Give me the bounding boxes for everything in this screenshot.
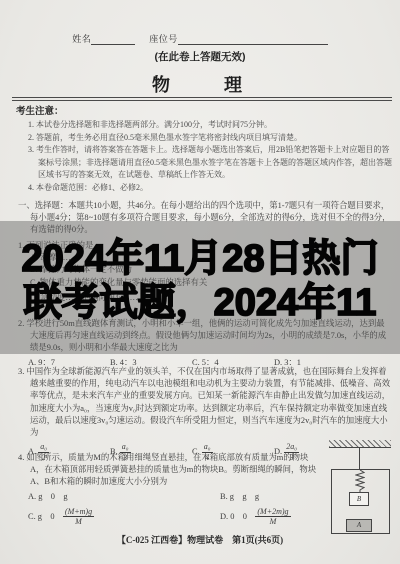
- rope-line: [359, 447, 360, 469]
- invalid-notice: (在此卷上答题无效): [0, 49, 400, 64]
- q4-option-d-prefix: D. 0 0: [220, 512, 255, 521]
- block-a: A: [346, 519, 372, 532]
- seat-label: 座位号: [149, 34, 178, 44]
- watermark-title-line1: 2024年11月28日热门: [0, 238, 400, 280]
- q4-options-row1: A. g 0 g B. g g g: [18, 491, 318, 504]
- page-title: 物 理: [0, 71, 400, 97]
- q4-c-denominator: M: [63, 517, 94, 527]
- q4-option-c-fraction: (M+m)gM: [63, 507, 94, 527]
- q4-option-a: A. g 0 g: [28, 491, 68, 503]
- candidate-notes-heading: 考生注意：: [16, 103, 392, 117]
- seat-blank-line: [178, 35, 328, 45]
- notes-item-2: 2. 答题前，考生务必用直径0.5毫米黑色墨水签字笔将密封线内项目填写清楚。: [28, 132, 392, 145]
- q3-stem: 3. 中国作为全球新能源汽车产业的领头羊，不仅在国内市场取得了显著成就，也在国际…: [18, 366, 392, 439]
- q4-d-denominator: M: [255, 517, 290, 527]
- candidate-notes: 考生注意： 1. 本试卷分选择题和非选择题两部分。满分100分，考试时间75分钟…: [16, 103, 392, 195]
- q4-d-numerator: (M+2m)g: [255, 507, 290, 518]
- q4-option-b: B. g g g: [220, 491, 259, 503]
- q4-option-c-prefix: C. g 0: [28, 512, 63, 521]
- q4-figure: B A: [322, 436, 398, 536]
- block-b: B: [349, 492, 369, 506]
- name-blank-line: [91, 35, 135, 45]
- notes-item-4: 4. 本卷命题范围：必修1、必修2。: [28, 182, 392, 195]
- q4-option-d-fraction: (M+2m)gM: [255, 507, 290, 527]
- scanned-exam-page: 姓名座位号 (在此卷上答题无效) 物 理 考生注意： 1. 本试卷分选择题和非选…: [0, 0, 400, 564]
- question-4: 4. 如图所示，质量为M的木箱用细绳竖直悬挂，在木箱底部放有质量为m的物块A，在…: [18, 452, 318, 531]
- candidate-notes-list: 1. 本试卷分选择题和非选择题两部分。满分100分，考试时间75分钟。 2. 答…: [16, 119, 392, 195]
- notes-item-1: 1. 本试卷分选择题和非选择题两部分。满分100分，考试时间75分钟。: [28, 119, 392, 132]
- double-rule-divider: [12, 97, 392, 101]
- q4-c-numerator: (M+m)g: [63, 507, 94, 518]
- name-label: 姓名: [72, 34, 91, 44]
- q4-option-d: D. 0 0 (M+2m)gM: [220, 507, 291, 527]
- ceiling-hatch-icon: [329, 440, 391, 448]
- watermark-title-line2: 联考试题，2024年11: [0, 282, 400, 324]
- wooden-crate: B A: [331, 469, 390, 534]
- q4-option-c: C. g 0 (M+m)gM: [28, 507, 94, 527]
- q4-options-row2: C. g 0 (M+m)gM D. 0 0 (M+2m)gM: [18, 507, 318, 531]
- name-seat-row: 姓名座位号: [0, 32, 400, 45]
- exam-header: 姓名座位号 (在此卷上答题无效) 物 理: [0, 32, 400, 97]
- notes-item-3: 3. 考生作答时，请将答案答在答题卡上。选择题每小题选出答案后，用2B铅笔把答题…: [28, 144, 392, 182]
- q4-stem: 4. 如图所示，质量为M的木箱用细绳竖直悬挂，在木箱底部放有质量为m的物块A，在…: [18, 452, 318, 489]
